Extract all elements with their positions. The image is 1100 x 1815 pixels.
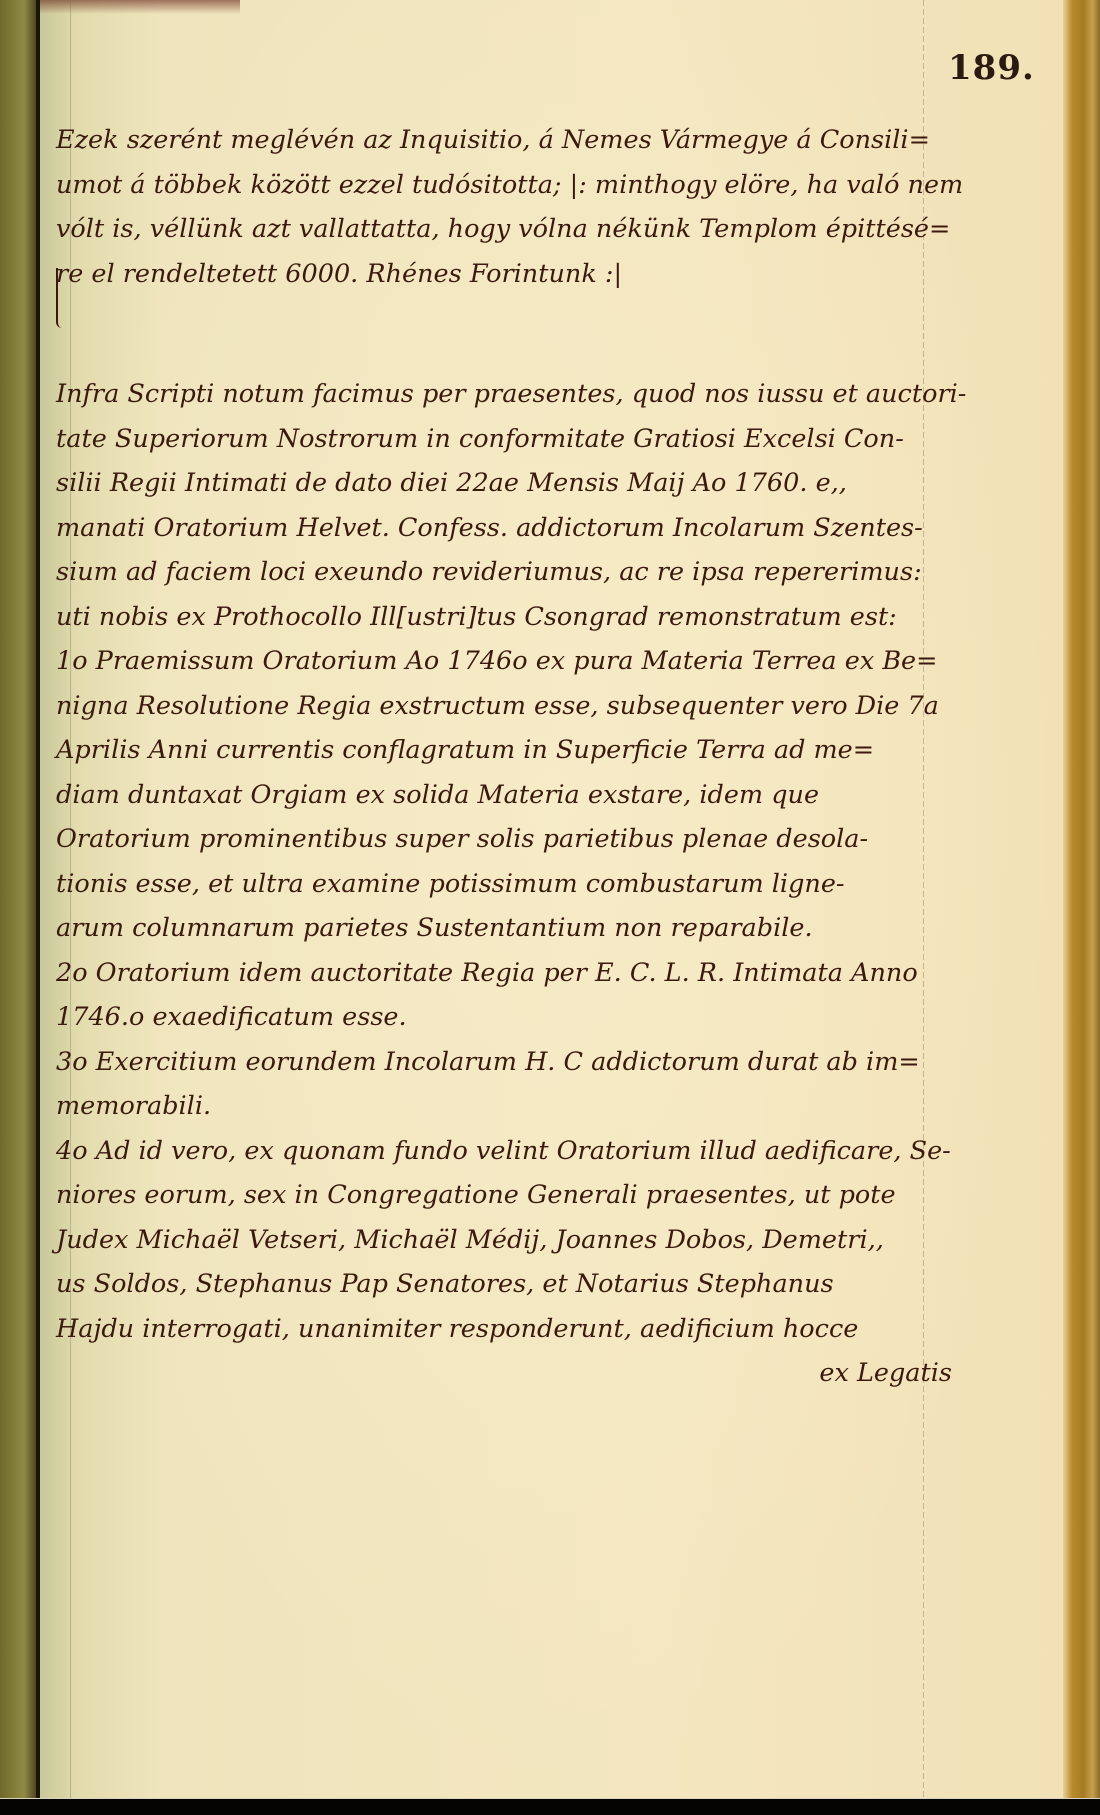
text-line: tate Superiorum Nostrorum in conformitat… [56,417,956,462]
text-line: Aprilis Anni currentis conflagratum in S… [56,728,956,773]
text-line: silii Regii Intimati de dato diei 22ae M… [56,461,956,506]
point-1: 1o Praemissum Oratorium Ao 1746o ex pura… [56,639,956,951]
point-4: 4o Ad id vero, ex quonam fundo velint Or… [56,1129,956,1352]
text-line: tionis esse, et ultra examine potissimum… [56,862,956,907]
text-line: 3o Exercitium eorundem Incolarum H. C ad… [56,1040,956,1085]
text-line: Ezek szerént meglévén az Inquisitio, á N… [56,118,956,163]
text-line: 4o Ad id vero, ex quonam fundo velint Or… [56,1129,956,1174]
paragraph-gap [56,296,956,334]
point-3: 3o Exercitium eorundem Incolarum H. C ad… [56,1040,956,1129]
text-line: nigna Resolutione Regia exstructum esse,… [56,684,956,729]
scan-bottom-edge [0,1798,1100,1815]
text-line: re el rendeltetett 6000. Rhénes Forintun… [56,252,956,297]
text-line: 1o Praemissum Oratorium Ao 1746o ex pura… [56,639,956,684]
hungarian-paragraph: Ezek szerént meglévén az Inquisitio, á N… [56,118,956,296]
text-line: vólt is, véllünk azt vallattatta, hogy v… [56,207,956,252]
text-line: us Soldos, Stephanus Pap Senatores, et N… [56,1262,956,1307]
manuscript-text: Ezek szerént meglévén az Inquisitio, á N… [56,118,956,1396]
catchword: ex Legatis [56,1351,956,1396]
text-line: diam duntaxat Orgiam ex solida Materia e… [56,773,956,818]
text-line: sium ad faciem loci exeundo revideriumus… [56,550,956,595]
text-line: uti nobis ex Prothocollo Ill[ustri]tus C… [56,595,956,640]
text-line: Hajdu interrogati, unanimiter responderu… [56,1307,956,1352]
text-line: 1746.o exaedificatum esse. [56,995,956,1040]
paragraph-gap [56,334,956,372]
text-line: Infra Scripti notum facimus per praesent… [56,372,956,417]
text-line: memorabili. [56,1084,956,1129]
text-line: Oratorium prominentibus super solis pari… [56,817,956,862]
binding-strip [0,0,40,1800]
text-line: Judex Michaël Vetseri, Michaël Médij, Jo… [56,1218,956,1263]
page-number: 189. [948,48,1035,88]
text-line: umot á többek között ezzel tudósitotta; … [56,163,956,208]
gilt-page-edge [1063,0,1100,1800]
text-line: arum columnarum parietes Sustentantium n… [56,906,956,951]
text-line: niores eorum, sex in Congregatione Gener… [56,1173,956,1218]
latin-paragraph: Infra Scripti notum facimus per praesent… [56,372,956,639]
text-line: 2o Oratorium idem auctoritate Regia per … [56,951,956,996]
point-2: 2o Oratorium idem auctoritate Regia per … [56,951,956,1040]
text-line: manati Oratorium Helvet. Confess. addict… [56,506,956,551]
